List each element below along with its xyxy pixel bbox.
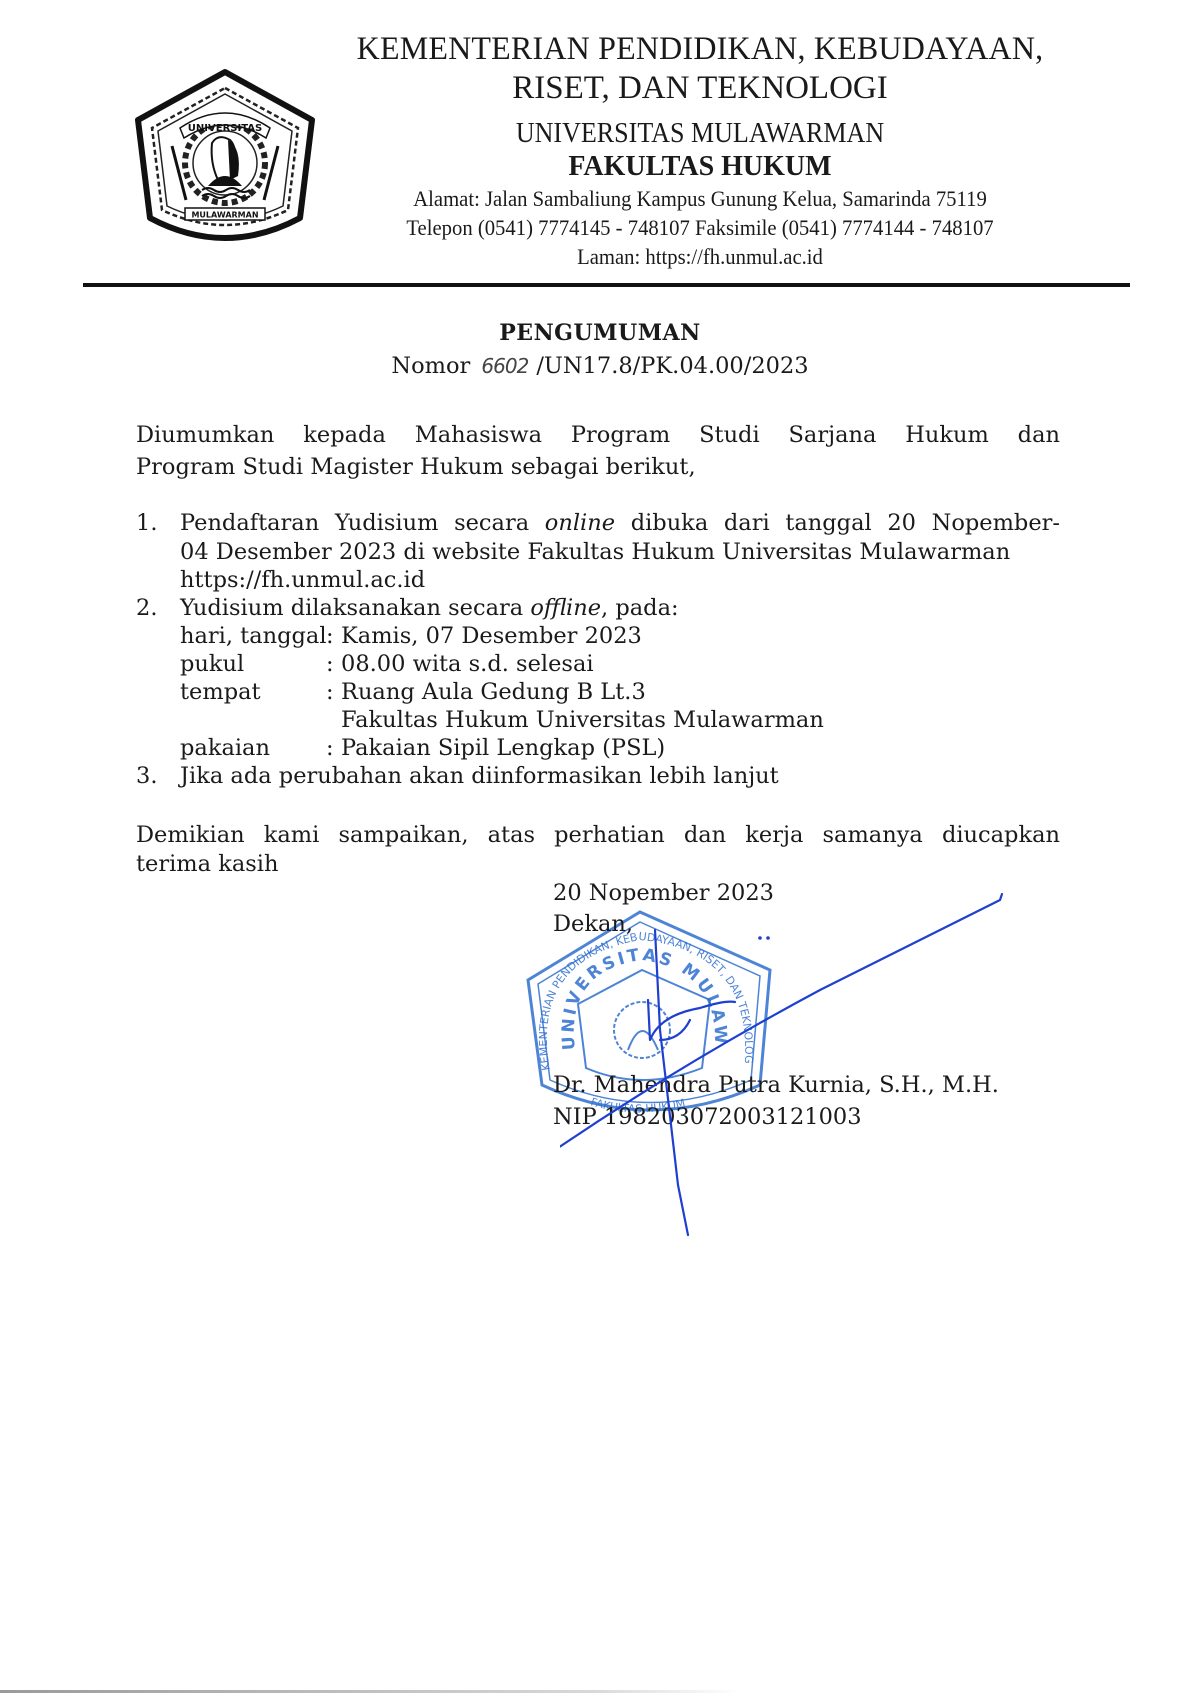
detail-separator: : [326,735,334,761]
item-number: 2. [136,595,157,621]
item-link[interactable]: https://fh.unmul.ac.id [180,567,425,593]
detail-value-line2: Fakultas Hukum Universitas Mulawarman [341,707,824,733]
number-suffix: /UN17.8/PK.04.00/2023 [536,353,808,379]
closing-line2: terima kasih [136,851,279,877]
number-prefix: Nomor [391,353,470,379]
item-number: 1. [136,510,157,536]
signatory-role: Dekan, [553,911,633,937]
detail-value: Pakaian Sipil Lengkap (PSL) [341,735,665,761]
svg-text:MULAWARMAN: MULAWARMAN [191,211,258,220]
item-text: Jika ada perubahan akan diinformasikan l… [180,763,779,789]
item-text-line1: Pendaftaran Yudisium secara online dibuk… [180,510,1060,536]
detail-label: pakaian [180,735,270,761]
svg-text:UNIVERSITAS: UNIVERSITAS [188,123,262,134]
closing-line1: Demikian kami sampaikan, atas perhatian … [136,822,1060,848]
intro-line1: Diumumkan kepada Mahasiswa Program Studi… [136,422,1060,448]
handwritten-number: 6602 [481,354,528,378]
university-emblem-icon: UNIVERSITAS MULAWARMAN [130,68,320,248]
detail-value: 08.00 wita s.d. selesai [341,651,594,677]
handwritten-signature-icon [560,890,1020,1250]
phone-fax: Telepon (0541) 7774145 - 748107 Faksimil… [324,215,1076,241]
intro-line2: Program Studi Magister Hukum sebagai ber… [136,454,696,480]
address: Alamat: Jalan Sambaliung Kampus Gunung K… [324,186,1076,212]
detail-label: pukul [180,651,244,677]
letterhead-divider [83,283,1130,287]
document-number: Nomor 6602/UN17.8/PK.04.00/2023 [0,353,1200,379]
signatory-nip: NIP 198203072003121003 [553,1104,862,1130]
scan-edge-artifact [0,1690,740,1693]
detail-label: tempat [180,679,261,705]
detail-label: hari, tanggal [180,623,327,649]
university-name: UNIVERSITAS MULAWARMAN [328,118,1072,150]
document-title: PENGUMUMAN [0,320,1200,346]
ministry-name-line2: RISET, DAN TEKNOLOGI [300,70,1100,107]
detail-separator: : [326,679,334,705]
signatory-name: Dr. Mahendra Putra Kurnia, S.H., M.H. [553,1072,999,1098]
item-text-line2: 04 Desember 2023 di website Fakultas Huk… [180,539,1010,565]
detail-value: Ruang Aula Gedung B Lt.3 [341,679,646,705]
signature-date: 20 Nopember 2023 [553,880,774,906]
item-text-line1: Yudisium dilaksanakan secara offline, pa… [180,595,679,621]
ministry-name-line1: KEMENTERIAN PENDIDIKAN, KEBUDAYAAN, [312,31,1088,68]
faculty-name: FAKULTAS HUKUM [300,151,1100,183]
detail-separator: : [326,623,334,649]
detail-value: Kamis, 07 Desember 2023 [341,623,642,649]
website: Laman: https://fh.unmul.ac.id [324,244,1076,270]
detail-separator: : [326,651,334,677]
item-number: 3. [136,763,157,789]
